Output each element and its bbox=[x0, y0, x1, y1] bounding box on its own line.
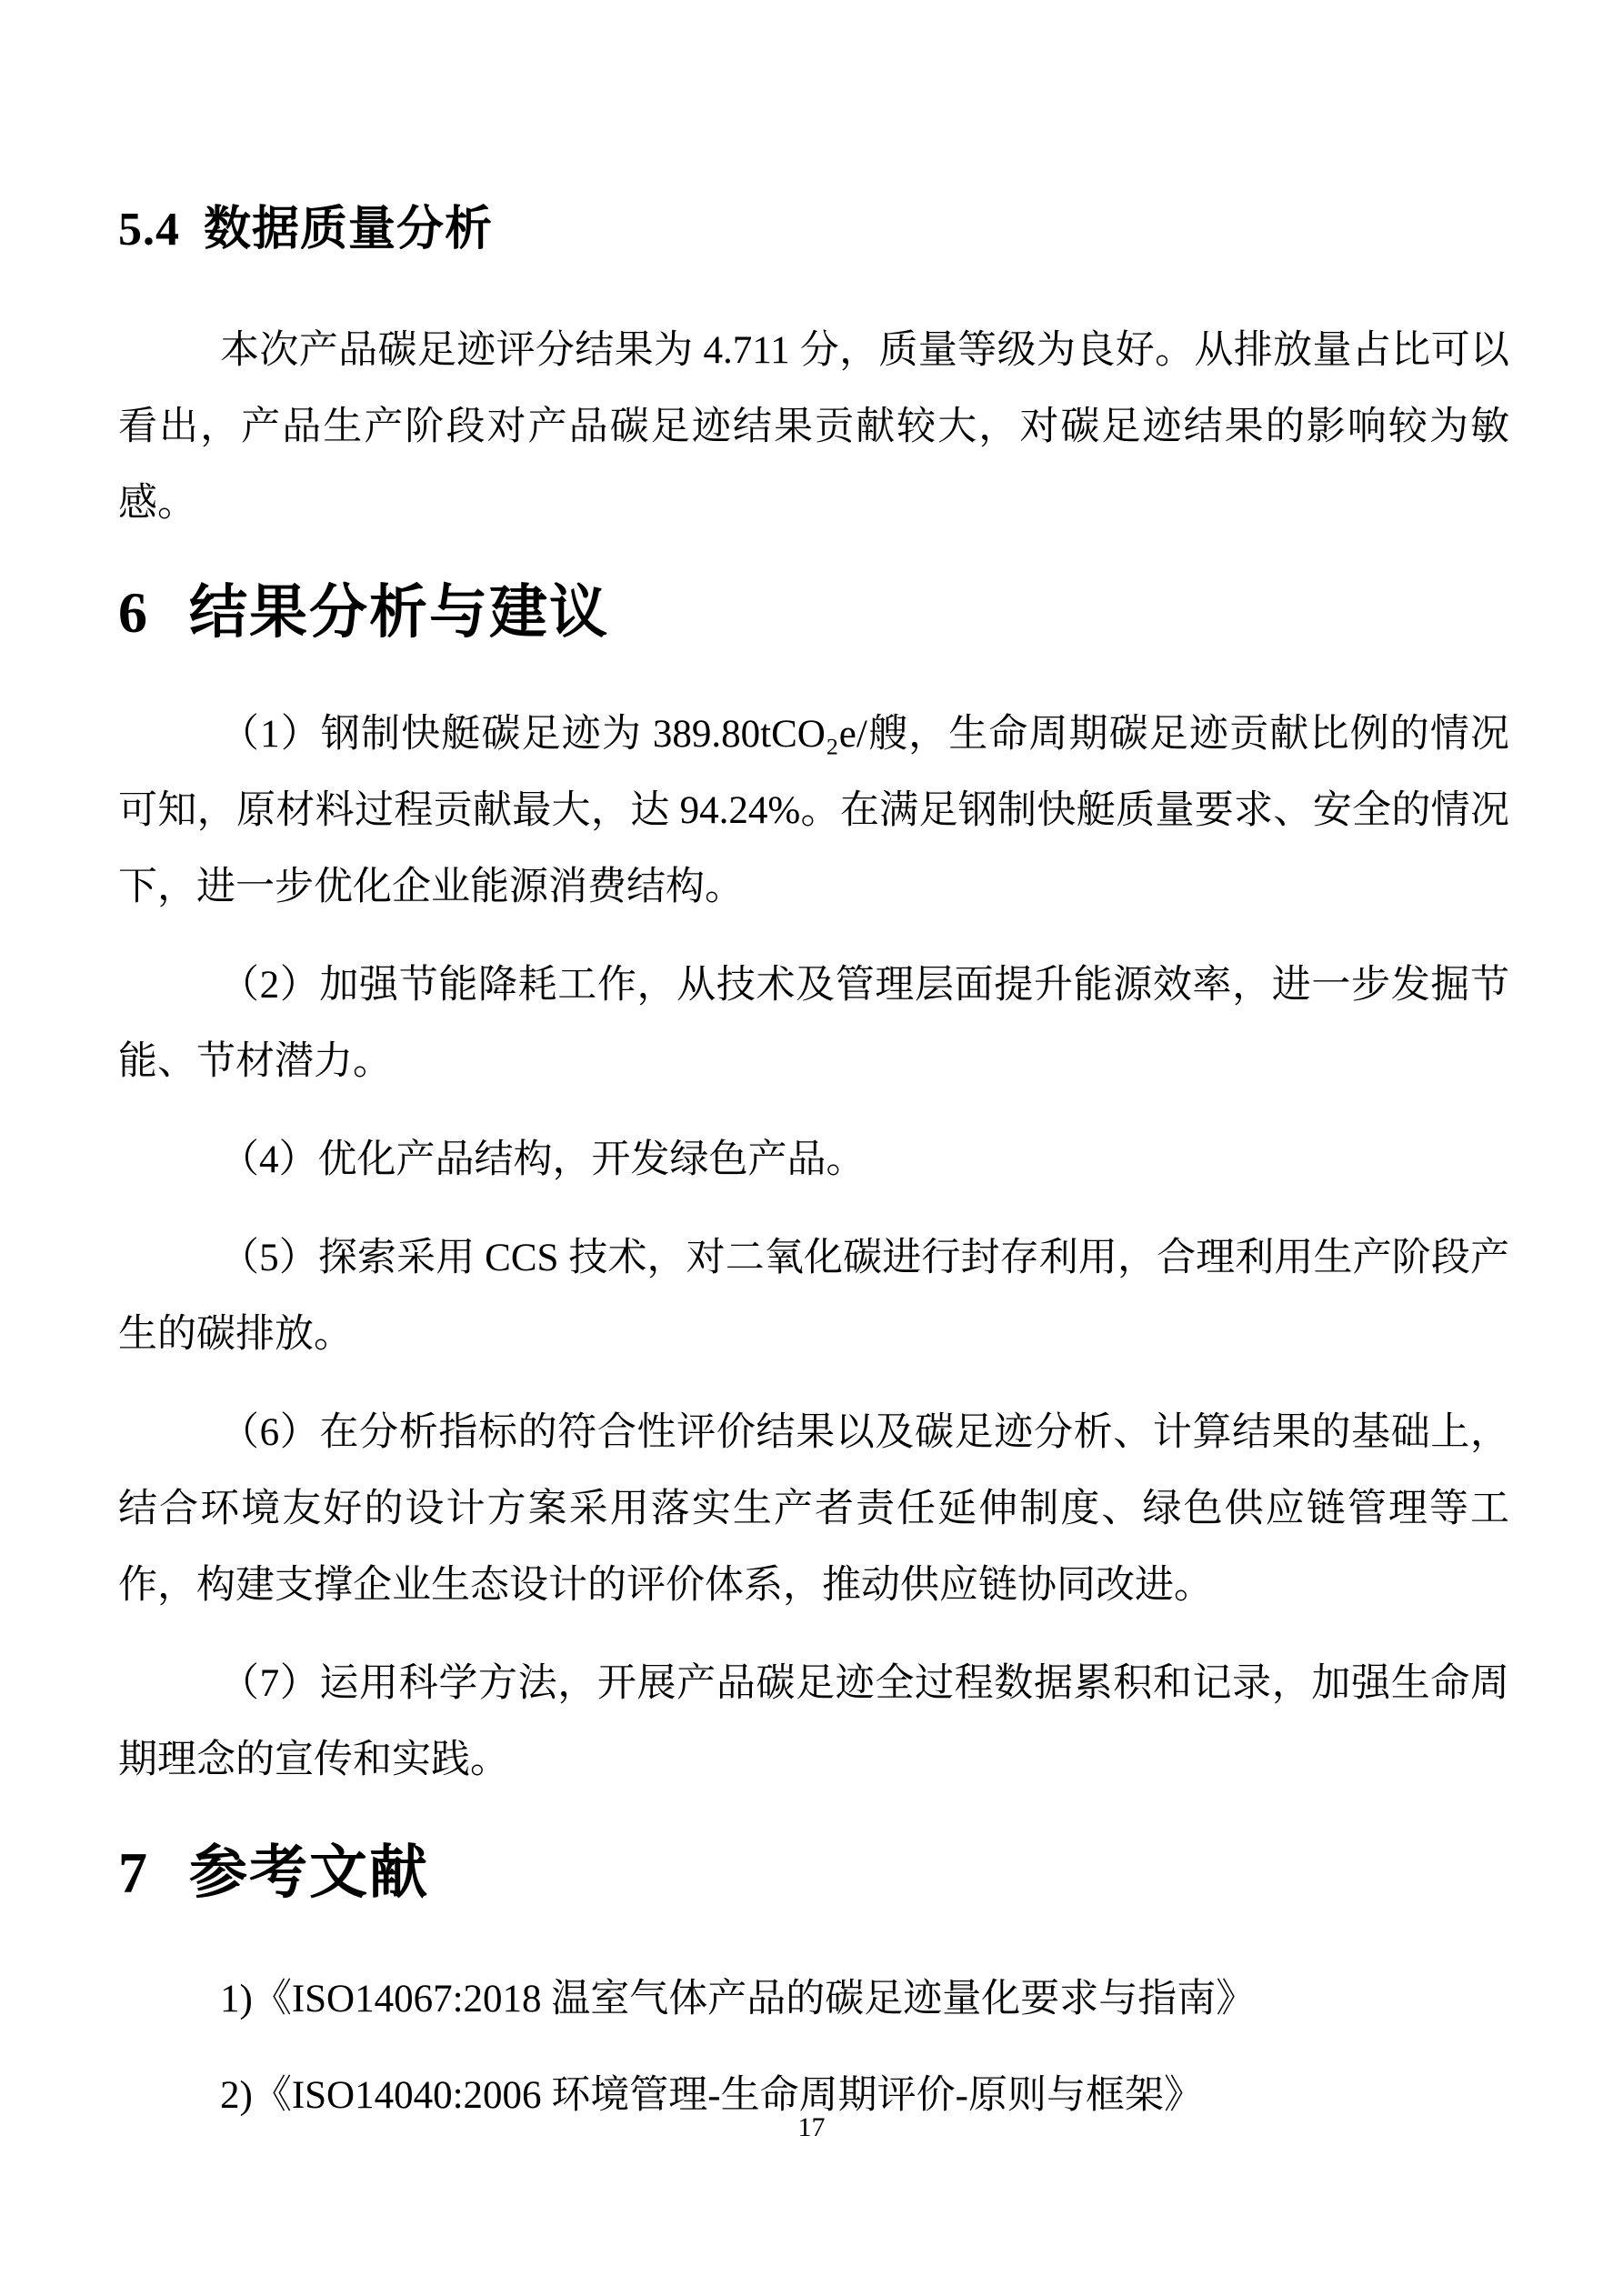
page-content: 5.4数据质量分析 本次产品碳足迹评分结果为 4.711 分，质量等级为良好。从… bbox=[0, 0, 1623, 2134]
heading-7-number: 7 bbox=[118, 1840, 149, 1905]
page-number: 17 bbox=[0, 2111, 1623, 2144]
paragraph-data-quality: 本次产品碳足迹评分结果为 4.711 分，质量等级为良好。从排放量占比可以看出，… bbox=[118, 313, 1509, 542]
section-6-paragraph-1: （1）钢制快艇碳足迹为 389.80tCO₂e/艘，生命周期碳足迹贡献比例的情况… bbox=[118, 697, 1509, 926]
heading-7-references: 7参考文献 bbox=[118, 1835, 1509, 1910]
section-6-paragraph-6: （6）在分析指标的符合性评价结果以及碳足迹分析、计算结果的基础上，结合环境友好的… bbox=[118, 1395, 1509, 1624]
section-6-paragraph-4: （4）优化产品结构，开发绿色产品。 bbox=[118, 1122, 1509, 1198]
heading-6-title: 结果分析与建议 bbox=[189, 580, 609, 645]
heading-5-4-data-quality: 5.4数据质量分析 bbox=[118, 202, 1509, 258]
reference-item-1: 1)《ISO14067:2018 温室气体产品的碳足迹量化要求与指南》 bbox=[118, 1961, 1509, 2038]
heading-6-results-analysis: 6结果分析与建议 bbox=[118, 575, 1509, 650]
heading-7-title: 参考文献 bbox=[189, 1840, 429, 1905]
document-page: 5.4数据质量分析 本次产品碳足迹评分结果为 4.711 分，质量等级为良好。从… bbox=[0, 0, 1623, 2296]
section-6-paragraph-5: （5）探索采用 CCS 技术，对二氧化碳进行封存利用，合理利用生产阶段产生的碳排… bbox=[118, 1220, 1509, 1373]
heading-5-4-number: 5.4 bbox=[118, 204, 180, 256]
heading-6-number: 6 bbox=[118, 580, 149, 645]
section-6-paragraph-7: （7）运用科学方法，开展产品碳足迹全过程数据累积和记录，加强生命周期理念的宣传和… bbox=[118, 1646, 1509, 1799]
section-6-paragraph-2: （2）加强节能降耗工作，从技术及管理层面提升能源效率，进一步发掘节能、节材潜力。 bbox=[118, 947, 1509, 1100]
heading-5-4-title: 数据质量分析 bbox=[204, 204, 493, 256]
